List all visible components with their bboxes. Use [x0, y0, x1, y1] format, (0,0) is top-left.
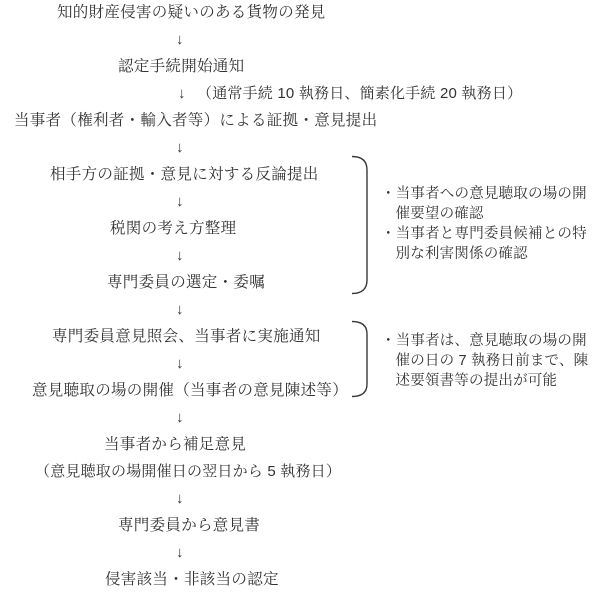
flow-step-customs-review: 税関の考え方整理	[110, 220, 236, 237]
flow-step-expert-opinion: 専門委員から意見書	[118, 517, 260, 534]
flow-step-expert-inquiry: 専門委員意見照会、当事者に実施通知	[52, 328, 321, 345]
down-arrow-icon: ↓	[176, 409, 184, 426]
flow-step-discovery: 知的財産侵害の疑いのある貨物の発見	[57, 4, 326, 21]
note-statement-deadline: ・当事者は、意見聴取の場の開 催の日の 7 執務日前まで、陳 述要領書等の提出が…	[381, 331, 588, 391]
right-bracket-2	[349, 320, 371, 398]
note-line: ・当事者は、意見聴取の場の開	[381, 331, 588, 351]
deadline-note-supplement: （意見聴取の場開催日の翌日から 5 執務日）	[35, 463, 341, 480]
flow-step-supplementary-opinion: 当事者から補足意見	[104, 436, 246, 453]
note-line: 別な利害関係の確認	[381, 244, 587, 264]
down-arrow-icon: ↓	[176, 139, 184, 156]
right-bracket-1	[349, 155, 371, 295]
down-arrow-icon: ↓	[176, 355, 184, 372]
down-arrow-icon: ↓	[176, 490, 184, 507]
note-line: 催要望の確認	[381, 204, 587, 224]
deadline-note-start: （通常手続 10 執務日、簡素化手続 20 執務日）	[197, 85, 522, 102]
down-arrow-icon: ↓	[178, 85, 186, 102]
note-line: ・当事者への意見聴取の場の開	[381, 184, 587, 204]
note-line: 催の日の 7 執務日前まで、陳	[381, 351, 588, 371]
flow-step-determination: 侵害該当・非該当の認定	[105, 571, 279, 588]
down-arrow-icon: ↓	[176, 193, 184, 210]
note-line: ・当事者と専門委員候補との特	[381, 224, 587, 244]
flow-step-expert-selection: 専門委員の選定・委嘱	[107, 274, 265, 291]
flow-step-evidence-submit: 当事者（権利者・輸入者等）による証拠・意見提出	[14, 112, 377, 129]
down-arrow-icon: ↓	[176, 247, 184, 264]
down-arrow-icon: ↓	[176, 31, 184, 48]
note-line: 述要領書等の提出が可能	[381, 371, 588, 391]
note-hearing-confirmation: ・当事者への意見聴取の場の開 催要望の確認 ・当事者と専門委員候補との特 別な利…	[381, 184, 587, 264]
flow-step-rebuttal: 相手方の証拠・意見に対する反論提出	[50, 166, 319, 183]
down-arrow-icon: ↓	[176, 544, 184, 561]
flow-step-notice: 認定手続開始通知	[118, 58, 244, 75]
down-arrow-icon: ↓	[176, 301, 184, 318]
flowchart-canvas: 知的財産侵害の疑いのある貨物の発見 ↓ 認定手続開始通知 ↓ （通常手続 10 …	[0, 0, 592, 592]
flow-step-hearing: 意見聴取の場の開催（当事者の意見陳述等）	[32, 382, 348, 399]
